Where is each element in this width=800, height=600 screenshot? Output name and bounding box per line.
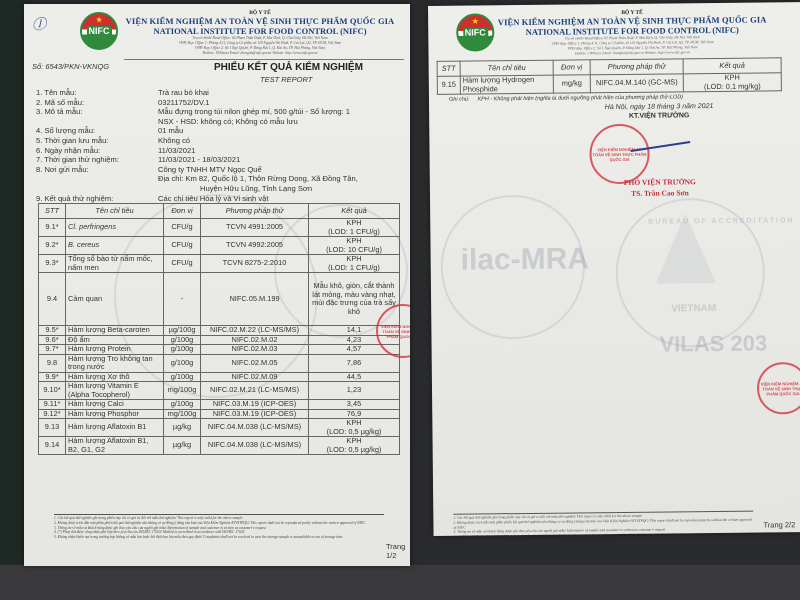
- info-value: 03211752/DV.1: [158, 98, 406, 108]
- signature-block: Hà Nội, ngày 18 tháng 3 năm 2021 KT.VIỆN…: [559, 103, 759, 121]
- table-row: 9.15Hàm lượng Hydrogen Phosphidemg/kgNIF…: [437, 73, 781, 95]
- signer-title: KT.VIỆN TRƯỞNG: [559, 112, 759, 121]
- table-row: 9.5*Hàm lượng Beta-carotenµg/100gNIFC.02…: [39, 326, 400, 336]
- cell-unit: µg/kg: [164, 419, 201, 437]
- info-label: 3. Mô tả mẫu:: [36, 107, 158, 117]
- column-header-method: Phương pháp thử: [590, 59, 683, 75]
- info-value: Mẫu đựng trong túi nilon ghép mí, 500 g/…: [158, 107, 406, 117]
- cell-method: NIFC.02.M.21 (LC-MS/MS): [201, 382, 309, 400]
- table-row: 9.14Hàm lượng Aflatoxin B1, B2, G1, G2µg…: [39, 437, 400, 455]
- cell-name: Tổng số bào tử nấm mốc, nấm men: [66, 255, 164, 273]
- sample-info: 1. Tên mẫu:Trà rau bò khai2. Mã số mẫu:0…: [36, 88, 406, 203]
- info-value: Công ty TNHH MTV Ngọc Quế: [158, 165, 406, 175]
- footnotes: 1. Các kết quả thử nghiệm ghi trong phiế…: [453, 513, 753, 536]
- cell-method: TCVN 4992:2005: [201, 237, 309, 255]
- info-value: Trà rau bò khai: [158, 88, 406, 98]
- cell-method: NIFC.05.M.199: [201, 273, 309, 326]
- note-text: KPH - Không phát hiện (nghĩa là dưới ngư…: [477, 94, 683, 102]
- info-value: Các chỉ tiêu Hóa lý và Vi sinh vật: [158, 194, 406, 204]
- info-row: 5. Thời gian lưu mẫu:Không có: [36, 136, 406, 146]
- table-row: 9.12*Hàm lượng Phosphormg/100gNIFC.03.M.…: [39, 409, 400, 419]
- table-row: 9.4Cảm quan-NIFC.05.M.199Mẫu khô, giòn, …: [39, 273, 400, 326]
- institute-address: Trụ sở chính/ Head Office: 65 Phạm Thận …: [120, 36, 400, 56]
- cell-stt: 9.10*: [39, 382, 66, 400]
- cell-name: Hàm lượng Aflatoxin B1: [66, 419, 164, 437]
- note: Ghi chú:KPH - Không phát hiện (nghĩa là …: [449, 94, 683, 102]
- cell-result: KPH (LOD: 0,5 µg/kg): [309, 437, 400, 455]
- cell-method: TCVN 8275-2:2010: [201, 255, 309, 273]
- info-label: 9. Kết quả thử nghiệm:: [36, 194, 158, 204]
- cell-method: NIFC.03.M.19 (ICP-OES): [201, 409, 309, 419]
- column-header-method: Phương pháp thử: [201, 204, 309, 219]
- info-value: 11/03/2021 - 18/03/2021: [158, 155, 406, 165]
- cell-name: Cl. perfringens: [66, 219, 164, 237]
- info-row: Địa chỉ: Km 82, Quốc lộ 1, Thôn Rừng Don…: [36, 174, 406, 184]
- cell-unit: g/100g: [164, 345, 201, 355]
- info-row: 4. Số lượng mẫu:01 mẫu: [36, 126, 406, 136]
- cell-method: NIFC.04.M.140 (GC-MS): [590, 74, 683, 93]
- cell-unit: CFU/g: [164, 237, 201, 255]
- background-table-surface: [0, 565, 800, 600]
- column-header-result: Kết quả: [683, 58, 781, 74]
- cell-stt: 9.8: [39, 354, 66, 372]
- cell-stt: 9.3*: [39, 255, 66, 273]
- cell-result: KPH (LOD: 0,5 µg/kg): [309, 419, 400, 437]
- institute-name-block: BỘ Y TẾ VIỆN KIỂM NGHIỆM AN TOÀN VỆ SINH…: [120, 10, 400, 56]
- signer-role: PHÓ VIỆN TRƯỞNG: [580, 177, 740, 188]
- ilac-mra-watermark-text: ilac-MRA: [460, 242, 589, 277]
- info-row: 8. Nơi gửi mẫu:Công ty TNHH MTV Ngọc Quế: [36, 165, 406, 175]
- cell-name: Hàm lượng Beta-caroten: [66, 326, 164, 336]
- report-title: PHIẾU KẾT QUẢ KIỂM NGHIỆM: [214, 62, 363, 73]
- column-header-stt: STT: [39, 204, 66, 219]
- info-value: Không có: [158, 136, 406, 146]
- header-divider: [124, 59, 404, 60]
- institute-header: ★ NIFC BỘ Y TẾ VIỆN KIỂM NGHIỆM AN TOÀN …: [24, 4, 410, 62]
- cell-unit: mg/100g: [164, 382, 201, 400]
- cell-method: NIFC.04.M.038 (LC-MS/MS): [201, 419, 309, 437]
- cell-unit: mg/kg: [553, 75, 590, 93]
- cell-name: Hàm lượng Aflatoxin B1, B2, G1, G2: [66, 437, 164, 455]
- cell-unit: CFU/g: [164, 255, 201, 273]
- cell-result: KPH (LOD: 0,1 mg/kg): [683, 73, 781, 92]
- vilas-watermark: VILAS 203: [659, 330, 767, 357]
- cell-stt: 9.2*: [39, 237, 66, 255]
- page-number: Trang 1/2: [386, 542, 410, 560]
- test-report-page-1: ⓛ ★ NIFC BỘ Y TẾ VIỆN KIỂM NGHIỆM AN TOÀ…: [24, 4, 410, 566]
- cell-unit: µg/kg: [164, 437, 201, 455]
- note-label: Ghi chú:: [449, 97, 470, 103]
- info-row: NSX - HSD: không có; Không có mẫu lưu: [36, 117, 406, 127]
- cell-method: NIFC.02.M.09: [201, 372, 309, 382]
- page-number: Trang 2/2: [763, 520, 795, 529]
- table-row: 9.7*Hàm lượng Proteing/100gNIFC.02.M.034…: [39, 345, 400, 355]
- column-header-stt: STT: [437, 61, 460, 76]
- info-value: Huyện Hữu Lũng, Tỉnh Lạng Sơn: [158, 184, 406, 194]
- cell-result: 44,5: [309, 372, 400, 382]
- cell-unit: µg/100g: [164, 326, 201, 336]
- institute-name-block: BỘ Y TẾ VIỆN KIỂM NGHIỆM AN TOÀN VỆ SINH…: [492, 8, 772, 57]
- cell-name: Hàm lượng Calci: [66, 400, 164, 410]
- column-header-result: Kết quả: [309, 204, 400, 219]
- table-row: 9.1*Cl. perfringensCFU/gTCVN 4991:2005KP…: [39, 219, 400, 237]
- signer-name: TS. Trần Cao Sơn: [580, 188, 740, 199]
- cell-method: NIFC.03.M.19 (ICP-OES): [201, 400, 309, 410]
- institute-name-vn: VIỆN KIỂM NGHIỆM AN TOÀN VỆ SINH THỰC PH…: [120, 16, 400, 26]
- nifc-logo-icon: ★ NIFC: [456, 13, 494, 51]
- cell-method: NIFC.02.M.03: [201, 345, 309, 355]
- info-label: 8. Nơi gửi mẫu:: [36, 165, 158, 175]
- cell-unit: mg/100g: [164, 409, 201, 419]
- table-row: 9.8Hàm lượng Tro không tan trong nướcg/1…: [39, 354, 400, 372]
- cell-stt: 9.7*: [39, 345, 66, 355]
- table-row: 9.10*Hàm lượng Vitamin E (Alpha Tocopher…: [39, 382, 400, 400]
- nifc-logo-icon: ★ NIFC: [80, 12, 118, 50]
- cell-result: KPH (LOD: 10 CFU/g): [309, 237, 400, 255]
- info-row: 9. Kết quả thử nghiệm:Các chỉ tiêu Hóa l…: [36, 194, 406, 204]
- info-label: 1. Tên mẫu:: [36, 88, 158, 98]
- sign-date: Hà Nội, ngày 18 tháng 3 năm 2021: [559, 103, 759, 112]
- cell-result: KPH (LOD: 1 CFU/g): [309, 219, 400, 237]
- footnote: 5. Không nhận khiếu nại trong trường hợp…: [54, 535, 374, 540]
- info-value: 11/03/2021: [158, 146, 406, 156]
- cell-unit: g/100g: [164, 400, 201, 410]
- info-label: 7. Thời gian thử nghiệm:: [36, 155, 158, 165]
- cell-method: NIFC.02.M.22 (LC-MS/MS): [201, 326, 309, 336]
- footnote: 2. Không được trích dẫn một phần phiếu k…: [54, 521, 374, 526]
- cell-name: Hàm lượng Tro không tan trong nước: [66, 354, 164, 372]
- cell-stt: 9.11*: [39, 400, 66, 410]
- info-label: 4. Số lượng mẫu:: [36, 126, 158, 136]
- column-header-name: Tên chỉ tiêu: [460, 60, 553, 76]
- results-table-header: STTTên chỉ tiêuĐơn vịPhương pháp thửKết …: [39, 204, 400, 219]
- table-row: 9.13Hàm lượng Aflatoxin B1µg/kgNIFC.04.M…: [39, 419, 400, 437]
- cell-stt: 9.12*: [39, 409, 66, 419]
- test-report-page-2: ★ NIFC BỘ Y TẾ VIỆN KIỂM NGHIỆM AN TOÀN …: [428, 2, 800, 536]
- cell-unit: -: [164, 273, 201, 326]
- info-label: 6. Ngày nhận mẫu:: [36, 146, 158, 156]
- results-table: STTTên chỉ tiêuĐơn vịPhương pháp thửKết …: [38, 203, 400, 455]
- footnote-divider: [54, 514, 384, 515]
- table-row: 9.2*B. cereusCFU/gTCVN 4992:2005KPH (LOD…: [39, 237, 400, 255]
- cell-stt: 9.1*: [39, 219, 66, 237]
- cell-method: NIFC.02.M.05: [201, 354, 309, 372]
- cell-unit: g/100g: [164, 354, 201, 372]
- cell-name: Hàm lượng Protein: [66, 345, 164, 355]
- info-label: 2. Mã số mẫu:: [36, 98, 158, 108]
- table-row: 9.3*Tổng số bào tử nấm mốc, nấm menCFU/g…: [39, 255, 400, 273]
- cell-name: Hàm lượng Hydrogen Phosphide: [460, 75, 553, 94]
- cell-stt: 9.13: [39, 419, 66, 437]
- footnotes: 1. Các kết quả thử nghiệm ghi trong phiế…: [54, 516, 374, 540]
- info-row: 7. Thời gian thử nghiệm:11/03/2021 - 18/…: [36, 155, 406, 165]
- info-row: 3. Mô tả mẫu:Mẫu đựng trong túi nilon gh…: [36, 107, 406, 117]
- info-row: Huyện Hữu Lũng, Tỉnh Lạng Sơn: [36, 184, 406, 194]
- column-header-name: Tên chỉ tiêu: [66, 204, 164, 219]
- cell-result: KPH (LOD: 1 CFU/g): [309, 255, 400, 273]
- info-value: Địa chỉ: Km 82, Quốc lộ 1, Thôn Rừng Don…: [158, 174, 406, 184]
- cell-result: 1,23: [309, 382, 400, 400]
- cell-name: Cảm quan: [66, 273, 164, 326]
- institute-stamp-partial: VIỆN KIỂM NGHIỆM AN TOÀN VỆ SINH THỰC PH…: [757, 362, 800, 415]
- cell-name: Hàm lượng Phosphor: [66, 409, 164, 419]
- cell-stt: 9.5*: [39, 326, 66, 336]
- info-value: 01 mẫu: [158, 126, 406, 136]
- info-row: 1. Tên mẫu:Trà rau bò khai: [36, 88, 406, 98]
- results-table-continued: STTTên chỉ tiêuĐơn vịPhương pháp thửKết …: [437, 57, 782, 95]
- cell-unit: CFU/g: [164, 219, 201, 237]
- cell-result: 3,45: [309, 400, 400, 410]
- institute-header: ★ NIFC BỘ Y TẾ VIỆN KIỂM NGHIỆM AN TOÀN …: [428, 2, 800, 64]
- institute-stamp: VIỆN KIỂM NGHIỆM AN TOÀN VỆ SINH THỰC PH…: [589, 124, 650, 185]
- report-subtitle: TEST REPORT: [260, 75, 312, 84]
- cell-method: NIFC.04.M.038 (LC-MS/MS): [201, 437, 309, 455]
- document-number: Số: 6543/PKN-VKNQG: [32, 62, 109, 71]
- cell-method: TCVN 4991:2005: [201, 219, 309, 237]
- info-label: [36, 184, 158, 194]
- institute-name-en: NATIONAL INSTITUTE FOR FOOD CONTROL (NIF…: [120, 26, 400, 36]
- info-value: NSX - HSD: không có; Không có mẫu lưu: [158, 117, 406, 127]
- info-label: [36, 117, 158, 127]
- boa-triangle-icon: [655, 213, 716, 284]
- info-label: [36, 174, 158, 184]
- cell-stt: 9.9*: [39, 372, 66, 382]
- cell-stt: 9.15: [437, 76, 460, 94]
- info-row: 2. Mã số mẫu:03211752/DV.1: [36, 98, 406, 108]
- cell-name: B. cereus: [66, 237, 164, 255]
- cell-stt: 9.14: [39, 437, 66, 455]
- cell-result: 7,86: [309, 354, 400, 372]
- cell-stt: 9.4: [39, 273, 66, 326]
- column-header-unit: Đơn vị: [553, 60, 590, 75]
- cell-name: Hàm lượng Vitamin E (Alpha Tocopherol): [66, 382, 164, 400]
- column-header-unit: Đơn vị: [164, 204, 201, 219]
- table-row: 9.11*Hàm lượng Calcig/100gNIFC.03.M.19 (…: [39, 400, 400, 410]
- cell-unit: g/100g: [164, 372, 201, 382]
- info-label: 5. Thời gian lưu mẫu:: [36, 136, 158, 146]
- info-row: 6. Ngày nhận mẫu:11/03/2021: [36, 146, 406, 156]
